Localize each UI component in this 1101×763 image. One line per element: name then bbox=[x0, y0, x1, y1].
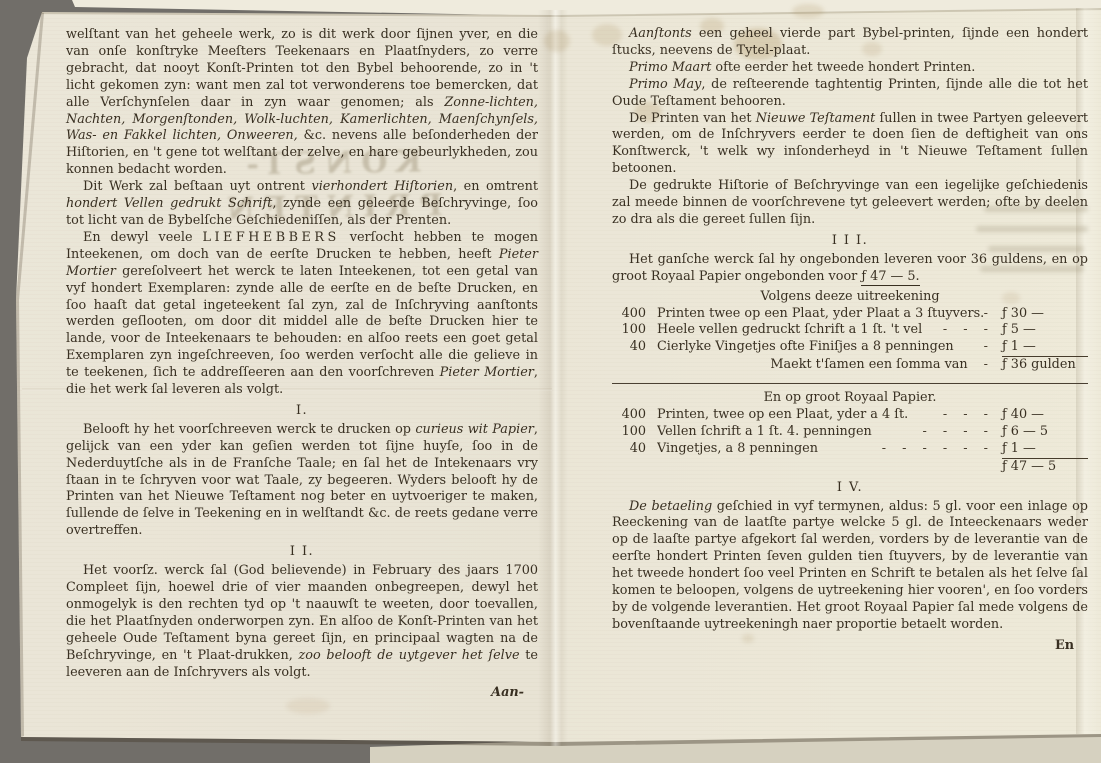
sum-row: Maekt t'ſamen een ſomma van-ƒ 36 gulden bbox=[612, 356, 1088, 374]
text-segment: LIEFHEBBERS bbox=[202, 230, 339, 245]
text-segment: Belooft hy het voorſchreeven werck te dr… bbox=[83, 422, 415, 437]
paragraph: Primo Maart ofte eerder het tweede honde… bbox=[612, 60, 1088, 77]
row-description: Printen twee op een Plaat, yder Plaat a … bbox=[657, 306, 984, 323]
text-segment: De gedrukte Hiſtorie of Beſchryvinge van… bbox=[612, 178, 1088, 227]
row-leader: - - - - - - bbox=[818, 441, 1002, 458]
row-leader: - bbox=[984, 306, 1002, 323]
row-quantity: 400 bbox=[612, 306, 657, 323]
text-segment: ƒ 47 — 5. bbox=[861, 269, 919, 286]
paragraph: De Printen van het Nieuwe Teſtament ſull… bbox=[612, 111, 1088, 179]
sum-row: ƒ 47 — 5 bbox=[612, 458, 1088, 476]
sum-label: Maekt t'ſamen een ſomma van bbox=[612, 357, 984, 374]
row-leader: - - - - bbox=[872, 424, 1002, 441]
price-row: 40Cierlyke Vingetjes ofte Finiſjes a 8 p… bbox=[612, 339, 1088, 356]
stain bbox=[544, 30, 570, 52]
row-price: ƒ 1 — bbox=[1002, 339, 1088, 356]
row-price: ƒ 1 — bbox=[1002, 441, 1088, 458]
text-segment: , en omtrent bbox=[453, 179, 538, 194]
catchword: Aan- bbox=[66, 685, 538, 702]
sum-price: ƒ 36 gulden bbox=[1002, 356, 1088, 374]
row-leader: - bbox=[954, 339, 1002, 356]
price-row: 400Printen twee op een Plaat, yder Plaat… bbox=[612, 306, 1088, 323]
text-segment: curieus wit Papier bbox=[415, 422, 534, 437]
row-quantity: 100 bbox=[612, 322, 657, 339]
table-heading: Volgens deeze uitreekening bbox=[612, 289, 1088, 306]
text-segment: Aanſtonts bbox=[629, 26, 692, 41]
row-description: Printen, twee op een Plaat, yder a 4 ſt. bbox=[657, 407, 908, 424]
row-description: Vingetjes, a 8 penningen bbox=[657, 441, 818, 458]
section-heading: I V. bbox=[612, 480, 1088, 497]
row-leader: - - - bbox=[908, 407, 1002, 424]
paragraph: Belooft hy het voorſchreeven werck te dr… bbox=[66, 422, 538, 540]
table-heading: En op groot Royaal Papier. bbox=[612, 390, 1088, 407]
text-segment: Pieter Mortier bbox=[440, 365, 534, 380]
text-segment: gereſolveert het werck te laten Inteeken… bbox=[66, 264, 538, 380]
section-heading: I I I. bbox=[612, 233, 1088, 250]
text-segment: zoo belooft de uytgever het ſelve bbox=[299, 648, 520, 663]
text-segment: De betaeling bbox=[629, 499, 712, 514]
text-segment: Dit Werk zal beſtaan uyt ontrent bbox=[83, 179, 311, 194]
stain bbox=[792, 4, 824, 18]
text-segment: Het ganſche werck ſal hy ongebonden leve… bbox=[612, 252, 1088, 284]
paragraph: En dewyl veele LIEFHEBBERS verſocht hebb… bbox=[66, 230, 538, 399]
text-segment: Nieuwe Teſtament bbox=[756, 111, 876, 126]
paragraph: Aanſtonts een geheel vierde part Bybel-p… bbox=[612, 26, 1088, 60]
document-photo: KONST- PRINTEN welſtant van het geheele … bbox=[0, 0, 1101, 763]
text-segment: , gelijck van een yder kan geſien werden… bbox=[66, 422, 538, 538]
text-segment: geſchied in vyf termynen, aldus: 5 gl. v… bbox=[612, 499, 1088, 632]
paragraph: Het voorſz. werck ſal (God believende) i… bbox=[66, 563, 538, 681]
page-left-text: welſtant van het geheele werk, zo is dit… bbox=[66, 27, 538, 702]
price-row: 40Vingetjes, a 8 penningen- - - - - -ƒ 1… bbox=[612, 441, 1088, 458]
row-price: ƒ 40 — bbox=[1002, 407, 1088, 424]
sum-price: ƒ 47 — 5 bbox=[1002, 458, 1088, 476]
row-quantity: 100 bbox=[612, 424, 657, 441]
text-segment: En dewyl veele bbox=[83, 230, 202, 245]
price-row: 100Vellen ſchrift a 1 ſt. 4. penningen- … bbox=[612, 424, 1088, 441]
paragraph: Dit Werk zal beſtaan uyt ontrent vierhon… bbox=[66, 179, 538, 230]
row-description: Heele vellen gedruckt ſchrift a 1 ſt. 't… bbox=[657, 322, 922, 339]
center-fold bbox=[538, 10, 568, 746]
text-segment: Primo May bbox=[629, 77, 701, 92]
row-leader: - - - bbox=[922, 322, 1002, 339]
row-price: ƒ 30 — bbox=[1002, 306, 1088, 323]
paragraph: De gedrukte Hiſtorie of Beſchryvinge van… bbox=[612, 178, 1088, 229]
paragraph: welſtant van het geheele werk, zo is dit… bbox=[66, 27, 538, 179]
section-heading: I I. bbox=[66, 544, 538, 561]
row-description: Vellen ſchrift a 1 ſt. 4. penningen bbox=[657, 424, 872, 441]
row-price: ƒ 5 — bbox=[1002, 322, 1088, 339]
row-price: ƒ 6 — 5 bbox=[1002, 424, 1088, 441]
sum-leader: - bbox=[984, 357, 1002, 374]
text-segment: hondert Vellen gedrukt Schrift bbox=[66, 196, 272, 211]
text-segment: Primo Maart bbox=[629, 60, 711, 75]
separator-rule bbox=[612, 383, 1088, 384]
paragraph: Het ganſche werck ſal hy ongebonden leve… bbox=[612, 252, 1088, 286]
price-row: 400Printen, twee op een Plaat, yder a 4 … bbox=[612, 407, 1088, 424]
row-quantity: 40 bbox=[612, 441, 657, 458]
text-segment: De Printen van het bbox=[629, 111, 756, 126]
page-right-text: Aanſtonts een geheel vierde part Bybel-p… bbox=[612, 26, 1088, 655]
price-row: 100Heele vellen gedruckt ſchrift a 1 ſt.… bbox=[612, 322, 1088, 339]
row-quantity: 40 bbox=[612, 339, 657, 356]
row-description: Cierlyke Vingetjes ofte Finiſjes a 8 pen… bbox=[657, 339, 954, 356]
paragraph: Primo May, de reſteerende taghtentig Pri… bbox=[612, 77, 1088, 111]
text-segment: ofte eerder het tweede hondert Printen. bbox=[711, 60, 975, 75]
catchword: En bbox=[612, 638, 1088, 655]
section-heading: I. bbox=[66, 403, 538, 420]
paragraph: De betaeling geſchied in vyf termynen, a… bbox=[612, 499, 1088, 634]
text-segment: vierhondert Hiſtorien bbox=[311, 179, 453, 194]
row-quantity: 400 bbox=[612, 407, 657, 424]
